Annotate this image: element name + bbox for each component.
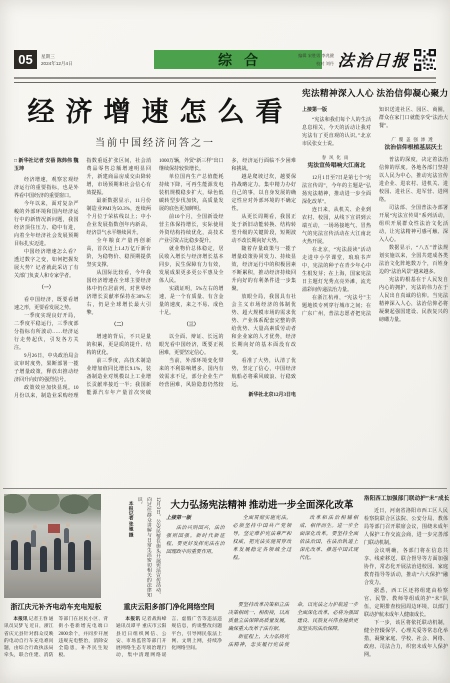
article-paragraph: 经济增速，观察宏观经济运行的重要指标，也是外界看中国经济的重要窗口。 bbox=[14, 177, 79, 201]
article-paragraph: 普法的深度，决定着法治信仰的厚度。各地各部门坚持以人民为中心，推动宪法宣传进企业… bbox=[379, 157, 448, 205]
brief-article-right: 重庆云阳多部门净化网络空间 本报讯 记者战海峰 通讯员谭平 重庆市云阳县近日组织… bbox=[116, 602, 222, 682]
corner-article-body: 近日，河南省洛阳市西工区人民检察院联合区法院、公安分局、教体局等部门召开联席会议… bbox=[364, 508, 448, 660]
photo-person bbox=[11, 540, 18, 570]
right-article-title: 宪法精神深入人心 法治信仰凝心聚力 bbox=[302, 87, 448, 99]
article-paragraph: 单位国内生产总值能耗持续下降，可再生能源发电装机规模稳步扩大，绿色低碳转型步伐加… bbox=[159, 174, 224, 214]
corner-article-title: 洛阳西工加强部门联动护“未”成长 bbox=[364, 494, 445, 502]
article-paragraph: 一季度实现良好开局，二季度平稳运行，三季度部分指标有所波动……经济运行走势起伏，… bbox=[14, 313, 79, 353]
photo-person bbox=[84, 540, 91, 570]
article-paragraph: 法治兴则国兴，法治强则国强。新时代新征程，要更好发挥宪法在治国理政中的重要作用。 bbox=[166, 525, 225, 557]
article-paragraph: □ 新华社记者 安蓓 陈炜伟 魏玉坤 bbox=[14, 158, 79, 174]
main-article-body: □ 新华社记者 安蓓 陈炜伟 魏玉坤经济增速，观察宏观经济运行的重要指标，也是外… bbox=[14, 158, 296, 490]
editor-lines: 编辑 宋胜男 李兆健 校对 刘丹 bbox=[298, 52, 334, 66]
bottom-section-rule bbox=[3, 488, 447, 489]
article-paragraph: 放眼全局，我国具有社会主义市场经济的体制优势、超大规模市场的需求优势、产业体系配… bbox=[232, 294, 297, 358]
article-paragraph: 在北京，“宪法晨读”活动走进中小学课堂，琅琅书声中，宪法的种子在青少年心中生根发… bbox=[302, 247, 371, 295]
brief-left-lead: 本报讯 bbox=[13, 617, 27, 622]
date-block: 星期三 2024年12月4日 bbox=[41, 53, 73, 68]
article-paragraph: 上接第一版 bbox=[302, 107, 371, 115]
photo-banner bbox=[48, 524, 60, 533]
photo-person bbox=[31, 530, 36, 547]
article-paragraph: 中国经济增速怎么看？透过数字之变，如何把握发展大势？记者就此采访了有关部门负责人… bbox=[14, 249, 79, 281]
article-paragraph: 随着存量政策与一揽子增量政策协同发力、持续显效，经济运行中的积极因素不断累积，推… bbox=[232, 246, 297, 294]
center-article-body-lower: 要坚持改革决策和立法决策相统一、相衔接，以高质量立法保障高质量发展，确保重大改革… bbox=[228, 602, 358, 678]
article-paragraph: 增速的背后，不只是量的积累，更是质的提升、结构的优化。 bbox=[87, 334, 152, 358]
article-paragraph: 看准了大势，认清了优势，坚定了信心，中国经济航船必将乘风破浪、行稳致远。 bbox=[232, 358, 297, 390]
header-rule bbox=[14, 77, 436, 83]
article-paragraph: 今年以来，面对复杂严峻的外部环境和国内经济运行中的新情况新问题，我国经济顶住压力… bbox=[14, 201, 79, 249]
news-photo bbox=[4, 494, 101, 598]
article-paragraph: 连日来，从机关、企业到农村、校园，从线下宣讲到云端互动，一场场接地气、冒热气的宪… bbox=[302, 207, 371, 247]
photo-caption: 12月3日，公安民警在街头开展宪法宣传活动，向过往群众讲解与日常生活密切相关的法… bbox=[104, 497, 162, 597]
issue-date: 2024年12月4日 bbox=[41, 60, 73, 67]
editor-line: 编辑 宋胜男 李兆健 bbox=[298, 52, 334, 59]
article-paragraph: 看中国经济，既要看增速之形，更要看发展之势。 bbox=[14, 297, 79, 313]
article-paragraph: 从更长周期看，我国正处于新旧动能转换、结构转型升级的关键阶段，短期波动不改长期向… bbox=[232, 214, 297, 246]
brief-left-text: 记者王春 通讯员吴梦飞 近日，浙江省庆元县针对群众反映的电动自行车充电难问题，由… bbox=[4, 617, 108, 658]
weekday: 星期三 bbox=[41, 53, 73, 60]
paper-name-logo: 法治日报 bbox=[337, 48, 411, 71]
article-paragraph: 12月1日至7日是第七个“宪法宣传周”，今年的主题是“弘扬宪法精神，推动进一步全… bbox=[302, 175, 371, 207]
main-article-subtitle: 当前中国经济问答之一 bbox=[14, 134, 296, 149]
brief-article-left: 浙江庆元补齐电动车充电短板 本报讯 记者王春 通讯员吴梦飞 近日，浙江省庆元县针… bbox=[4, 602, 108, 682]
center-article-body-upper: 上接第一版法治兴则国兴，法治强则国强。新时代新征程，要更好发挥宪法在治国理政中的… bbox=[166, 515, 358, 597]
photo-person bbox=[40, 546, 47, 572]
brief-right-lead: 本报讯 bbox=[125, 617, 140, 622]
article-paragraph: 据悉，西工区还将组建由检察官、民警、教师等组成的护“未”队伍，定期排查校园周边环… bbox=[364, 588, 448, 620]
article-paragraph: 数据显示，“八五”普法规划实施以来，全国共建成各类法治文化阵地数万个，百姓身边的… bbox=[379, 245, 448, 277]
article-paragraph: 最新数据显示，11月份制造业PMI为50.3%，连续两个月位于荣枯线以上；中小企… bbox=[87, 198, 152, 238]
article-paragraph: 宪法宣传唱响大江南北 bbox=[302, 162, 371, 171]
page-number: 05 bbox=[14, 50, 37, 69]
article-paragraph: 下一步，该区将依托联动机制，健全控辍保学、心理关爱等常态化举措，凝聚家庭、学校、… bbox=[364, 620, 448, 660]
masthead: 编辑 宋胜男 李兆健 校对 刘丹 法治日报 bbox=[298, 48, 436, 71]
article-paragraph: 会议明确，各部门将在信息共享、线索移送、联合督导等方面加强协作，常态化开展法治进… bbox=[364, 548, 448, 588]
photo-person bbox=[64, 528, 69, 543]
article-paragraph: 新华社北京12月3日电 bbox=[232, 392, 297, 400]
article-paragraph: 全年粮食产量再创新高，首次迈上1.4万亿斤新台阶，为稳物价、稳预期提供坚实支撑。 bbox=[87, 238, 152, 270]
brief-left-body: 本报讯 记者王春 通讯员吴梦飞 近日，浙江省庆元县针对群众反映的电动自行车充电难… bbox=[4, 616, 108, 682]
article-paragraph: 以全面、辩证、长远的眼光看中国经济，既要正视困难，更要坚定信心。 bbox=[159, 334, 224, 358]
article-paragraph: （一） bbox=[14, 285, 79, 293]
article-paragraph: （二） bbox=[87, 322, 152, 330]
article-paragraph: （三） bbox=[159, 322, 224, 330]
center-article-title: 大力弘扬宪法精神 推动进一步全面深化改革 bbox=[166, 497, 358, 511]
section-title-band: 综合 bbox=[154, 50, 322, 69]
article-paragraph: 改革和法治相辅相成、相伴而生。进一步全面深化改革，要坚持全面依法治国，在法治轨道… bbox=[299, 515, 358, 563]
article-paragraph: 近日，河南省洛阳市西工区人民检察院联合区法院、公安分局、教体局等部门召开联席会议… bbox=[364, 508, 448, 548]
page-header: 05 星期三 2024年12月4日 综合 编辑 宋胜男 李兆健 校对 刘丹 法治… bbox=[14, 48, 436, 74]
corner-article: 洛阳西工加强部门联动护“未”成长 近日，河南省洛阳市西工区人民检察院联合区法院、… bbox=[364, 494, 448, 660]
article-paragraph: 就业物价总体稳定，居民收入增长与经济增长基本同步，民生保障有力有效，发展成果更多… bbox=[159, 246, 224, 286]
article-paragraph: 法治信仰根植基层沃土 bbox=[379, 144, 448, 153]
article-paragraph: “宪法和我们每个人的生活息息相关，今天的活动让我对宪法有了更直观的认识。”北京市… bbox=[302, 117, 371, 149]
brief-right-body: 本报讯 记者战海峰 通讯员谭平 重庆市云阳县近日组织网信、公安、市场监管等部门开… bbox=[116, 616, 222, 682]
article-paragraph: 实践证明，5%左右的增速，是一个有质量、有含金量的速度，来之不易、成色十足。 bbox=[159, 286, 224, 318]
article-paragraph: 宪法的根基在于人民发自内心的拥护，宪法的伟力在于人民出自真诚的信仰。当宪法精神深… bbox=[379, 277, 448, 325]
article-paragraph: 上接第一版 bbox=[166, 515, 225, 523]
section-title: 综合 bbox=[206, 50, 270, 70]
qr-code-icon bbox=[414, 49, 436, 71]
right-article-body: 上接第一版“宪法和我们每个人的生活息息相关，今天的活动让我对宪法有了更直观的认识… bbox=[302, 107, 448, 483]
article-paragraph: 全面贯彻实施宪法，必须坚持中国共产党领导，坚定维护宪法尊严和权威，把宪法实施贯穿… bbox=[233, 515, 292, 563]
photo-person bbox=[68, 542, 75, 572]
article-paragraph: 司法部、全国普法办部署开展“宪法宣传周”系列活动，组织开展群众性法治文化活动，让… bbox=[379, 205, 448, 245]
photo-trees bbox=[4, 494, 101, 524]
article-paragraph: 从国际比较看，今年我国经济增速在全球主要经济体中仍位居前列，对世界经济增长贡献率… bbox=[87, 270, 152, 318]
proof-line: 校对 刘丹 bbox=[298, 60, 334, 67]
newspaper-page: 05 星期三 2024年12月4日 综合 编辑 宋胜男 李兆健 校对 刘丹 法治… bbox=[0, 0, 450, 683]
right-article: 宪法精神深入人心 法治信仰凝心聚力 上接第一版“宪法和我们每个人的生活息息相关，… bbox=[302, 87, 448, 483]
article-paragraph: 广覆盖强渗透 bbox=[379, 136, 448, 143]
article-paragraph: 越是爬坡过坎，越要保持战略定力。集中精力办好自己的事，以自身发展的确定性应对外部… bbox=[232, 174, 297, 214]
brief-left-title: 浙江庆元补齐电动车充电短板 bbox=[4, 602, 108, 612]
article-paragraph: 9月26日，中央政治局会议审时度势，果断部署一揽子增量政策，释放出推动经济回升向… bbox=[14, 353, 79, 385]
main-article: 经济增速怎么看 当前中国经济问答之一 □ 新华社记者 安蓓 陈炜伟 魏玉坤经济增… bbox=[14, 90, 296, 490]
article-paragraph: 要坚持改革决策和立法决策相统一、相衔接，以高质量立法保障高质量发展，确保重大改革… bbox=[228, 602, 289, 634]
main-article-title: 经济增速怎么看 bbox=[14, 90, 296, 129]
brief-right-text: 记者战海峰 通讯员谭平 重庆市云阳县近日组织网信、公安、市场监管等部门开展网络生… bbox=[116, 617, 222, 658]
article-paragraph: 春风化雨 bbox=[302, 154, 371, 161]
article-paragraph: 前10个月，全国新设经营主体保持增长，实际使用外资结构持续优化，高技术产业引资占… bbox=[159, 214, 224, 246]
photo-person bbox=[54, 538, 61, 570]
caption-text: 12月3日，公安民警在街头开展宪法宣传活动，向过往群众讲解与日常生活密切相关的法… bbox=[137, 497, 160, 597]
brief-right-title: 重庆云阳多部门净化网络空间 bbox=[116, 602, 222, 612]
photo-person bbox=[24, 542, 31, 570]
photo-credit: 本报记者 张驰 摄 bbox=[126, 501, 135, 597]
